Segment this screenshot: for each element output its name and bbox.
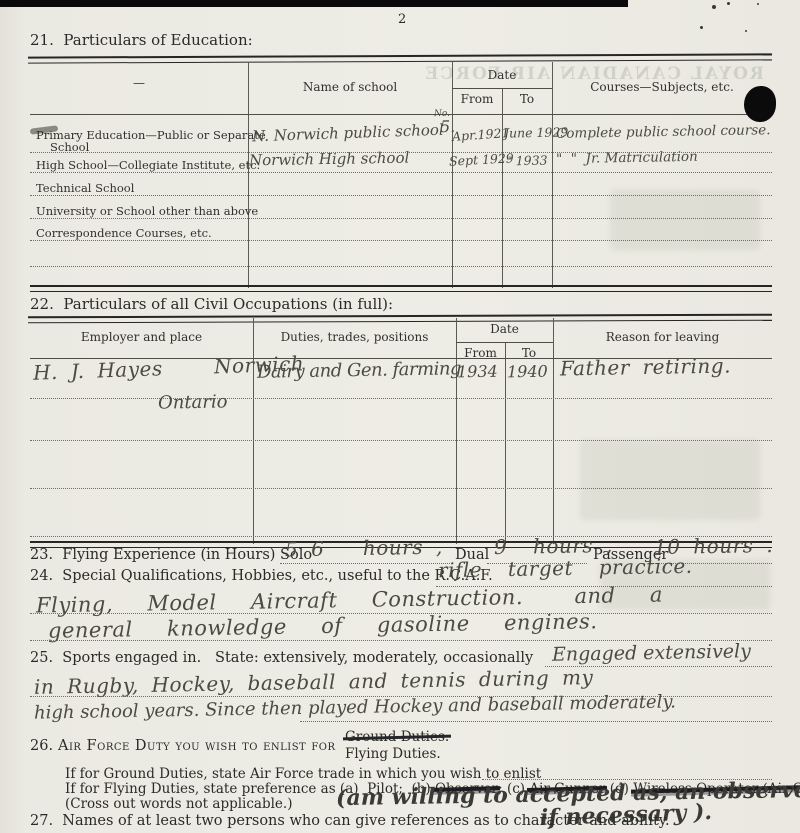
section26-number: 26. bbox=[30, 738, 53, 754]
section27-label: 27. Names of at least two persons who ca… bbox=[30, 813, 670, 829]
section21-heading: 21. Particulars of Education: bbox=[30, 31, 253, 49]
table-line bbox=[452, 88, 552, 89]
rule bbox=[28, 314, 772, 324]
occ-header-to: To bbox=[505, 346, 553, 360]
dotted-line bbox=[30, 266, 772, 267]
rule bbox=[28, 53, 772, 63]
hw-solo-hours: 5 6 hours , bbox=[285, 535, 443, 562]
dotted-line bbox=[30, 172, 772, 173]
edu-row-label-high: High School—Collegiate Institute, etc. bbox=[36, 158, 260, 172]
dotted-line bbox=[30, 440, 772, 441]
scan-edge-bar bbox=[0, 0, 628, 7]
edu-header-date: Date bbox=[452, 68, 552, 82]
section26-label: Air Force Duty you wish to enlist for bbox=[58, 738, 336, 754]
table-divider bbox=[553, 318, 554, 544]
ink-speck bbox=[700, 26, 703, 29]
occ-hw-from: 1934 bbox=[457, 362, 498, 382]
ink-speck bbox=[745, 30, 747, 32]
occ-header-reason: Reason for leaving bbox=[553, 330, 772, 344]
occ-header-duties: Duties, trades, positions bbox=[253, 330, 456, 344]
edu-row-label-correspondence: Correspondence Courses, etc. bbox=[36, 226, 212, 240]
hw-qualifications-1: rifle target practice. bbox=[438, 554, 693, 582]
bleedthrough-smudge bbox=[580, 440, 760, 520]
ink-speck bbox=[727, 2, 730, 5]
table-divider bbox=[253, 318, 254, 544]
section24-label: 24. Special Qualifications, Hobbies, etc… bbox=[30, 568, 493, 584]
table-bottom-rule bbox=[30, 285, 772, 292]
dotted-line bbox=[30, 398, 772, 399]
dotted-line bbox=[30, 195, 772, 196]
occ-header-date: Date bbox=[456, 322, 553, 336]
edu-row-label-university: University or School other than above bbox=[36, 204, 258, 218]
table-line bbox=[30, 114, 772, 115]
ink-speck bbox=[712, 5, 716, 9]
edu-hw-high-courses: " " Jr. Matriculation bbox=[556, 149, 698, 167]
scanned-form-page: 2 ROYAL CANADIAN AIR FORCE 21. Particula… bbox=[0, 0, 800, 833]
occ-hw-employer2: Ontario bbox=[158, 391, 228, 413]
punch-hole bbox=[744, 86, 776, 122]
dotted-line bbox=[30, 218, 772, 219]
occ-hw-reason: Father retiring. bbox=[560, 354, 731, 381]
edu-header-name: Name of school bbox=[248, 80, 452, 94]
bleedthrough-smudge bbox=[610, 190, 760, 250]
occ-header-from: From bbox=[456, 346, 505, 360]
table-divider bbox=[248, 62, 249, 288]
edu-hw-primary-school: N. Norwich public school bbox=[252, 121, 444, 146]
occ-hw-duties: Dairy and Gen. farming bbox=[257, 358, 461, 383]
edu-hw-high-from: Sept 1929 bbox=[449, 150, 514, 168]
edu-row-label-technical: Technical School bbox=[36, 181, 134, 195]
cross-out-note: (Cross out words not applicable.) bbox=[65, 796, 292, 812]
edu-hw-primary-courses: Complete public school course. bbox=[556, 122, 771, 142]
edu-hw-high-school: Norwich High school bbox=[249, 149, 410, 170]
edu-hw-high-to: " 1933 bbox=[506, 153, 548, 169]
dotted-line bbox=[30, 240, 772, 241]
dotted-line bbox=[280, 563, 450, 564]
occ-hw-to: 1940 bbox=[507, 362, 548, 382]
section22-heading: 22. Particulars of all Civil Occupations… bbox=[30, 295, 393, 313]
ground-duties-instruction: If for Ground Duties, state Air Force tr… bbox=[65, 766, 541, 782]
table-line bbox=[456, 342, 553, 343]
edu-header-dash: — bbox=[30, 76, 248, 90]
edu-header-to: To bbox=[502, 92, 552, 106]
hw-sports-1: Engaged extensively bbox=[552, 640, 751, 665]
ground-duties-crossed-out: Ground Duties. bbox=[345, 729, 449, 745]
occ-header-employer: Employer and place bbox=[30, 330, 253, 344]
page-number: 2 bbox=[398, 12, 406, 27]
ink-speck bbox=[757, 3, 759, 5]
dotted-line bbox=[300, 721, 772, 722]
edu-header-from: From bbox=[452, 92, 502, 106]
table-divider bbox=[552, 62, 553, 288]
dotted-line bbox=[30, 488, 772, 489]
table-divider bbox=[502, 88, 503, 288]
section23-label-solo: 23. Flying Experience (in Hours) Solo bbox=[30, 547, 312, 563]
edu-header-courses: Courses—Subjects, etc. bbox=[552, 80, 772, 94]
section25-label: 25. Sports engaged in. State: extensivel… bbox=[30, 650, 533, 666]
table-divider bbox=[505, 342, 506, 544]
flying-duties-option: Flying Duties. bbox=[345, 746, 441, 762]
